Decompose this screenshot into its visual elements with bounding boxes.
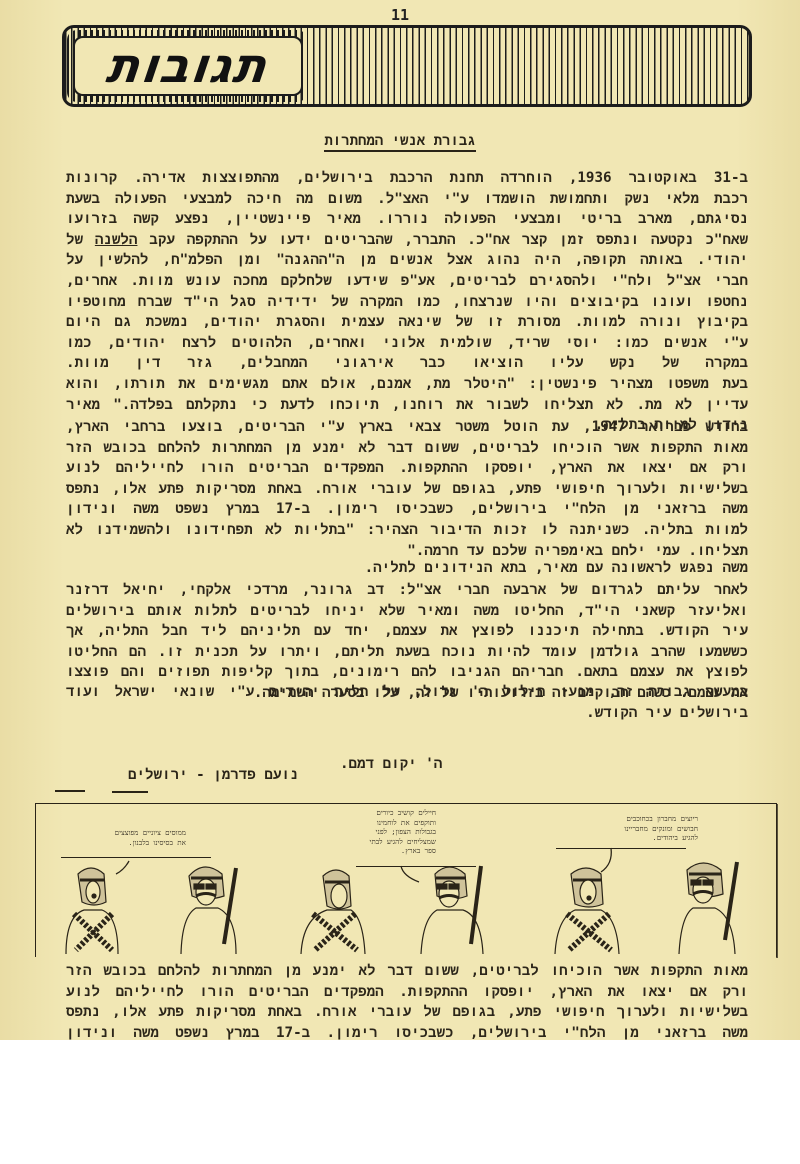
text-line: בחודש פברואר 1947, עת הוטל משטר צבאי באר… — [66, 417, 748, 438]
cartoon-figures-icon — [531, 804, 778, 958]
signature: נועם פדרמן - ירושלים — [128, 767, 298, 784]
text-line: לפוצץ את עצמם בתאם. חבריהם הגניבו להם רי… — [66, 662, 748, 683]
text-line: בשלישיות ולערוך חיפושי פתע, בגופם של עוב… — [66, 1002, 748, 1023]
text-line: במקרה של נקש עליו הוציאו כבר אירגוני המח… — [66, 353, 748, 374]
text-line: ורק אם יצאו את הארץ, יופסקו ההתקפות. המפ… — [66, 458, 748, 479]
article-title: גבורת אנשי המחתרות — [0, 133, 800, 150]
text-line: ואליעזר קשאני הי"ד, החליטו משה ומאיר שלא… — [66, 601, 748, 622]
scanned-page: 11 תגובות גבורת אנשי המחתרות ב-31 באוקטו… — [0, 0, 800, 1040]
blank-area — [0, 1040, 800, 1164]
cartoon-panel-2: חיילים קושיב כיוריםותוקפים את לוחמינובגב… — [291, 804, 531, 958]
banner-title-box: תגובות — [73, 36, 303, 96]
paragraph-3: משה נפגש לראשונה עם מאיר, בתא הנידונים ל… — [66, 558, 748, 579]
cartoon-panel-3: ריוצים מחברון בכחוכביםחבושים ומונקים מחב… — [531, 804, 778, 958]
text-line: רכבת מלאי נשק ותחמושת הושמדו ע"י האצ"ל. … — [66, 189, 748, 210]
text-line: נחטפו ועונו בקיבוצים והיו שנרצחו, כמו המ… — [66, 292, 748, 313]
closing-line: ה' יקום דמם. — [340, 756, 442, 773]
signature-dash — [112, 791, 148, 793]
underlined-word: הלשנה — [95, 232, 138, 248]
text-line: חברי אצ"ל ולח"י ולהסגירם לבריטים, אע"פ ש… — [66, 271, 748, 292]
section-title: תגובות — [103, 38, 272, 94]
cartoon-figures-icon — [291, 804, 531, 958]
text-line: משה ברזאני מן הלח"י בירושלים, כשבכיסו רי… — [66, 1023, 748, 1040]
text-line: במעשה גבורה זה, מנעו חילול ה' גדול, של ת… — [66, 682, 748, 703]
article-title-text: גבורת אנשי המחתרות — [324, 133, 475, 152]
text-line: ורק אם יצאו את הארץ, יופסקו ההתקפות. המפ… — [66, 982, 748, 1003]
text-line: בירושלים עיר הקודש. — [66, 703, 748, 724]
text-line: ע"י אנשים כמו: יוסי שריד, שולמית אלוני ו… — [66, 333, 748, 354]
page-number: 11 — [0, 6, 800, 24]
text-line: מאות התקפות אשר הוכיחו לבריטים, ששום דבר… — [66, 438, 748, 459]
cartoon-strip: ממוסים ציוניים מפוצציםאת בסיסינו בלבנון. — [35, 803, 777, 957]
cartoon-figures-icon — [36, 804, 291, 958]
text-line: כששמעו שהרב גולדמן עומד להיות נוכח בשעת … — [66, 642, 748, 663]
text-line: יהודי. באותה תקופה, היה נהוג אצל אנשים מ… — [66, 250, 748, 271]
paragraph-2: בחודש פברואר 1947, עת הוטל משטר צבאי באר… — [66, 417, 748, 561]
text-line: עיר הקודש. בתחילה תיכננו לפוצץ את עצמם, … — [66, 621, 748, 642]
text-line: משה נפגש לראשונה עם מאיר, בתא הנידונים ל… — [66, 558, 748, 579]
text-line: למוות בתליה. כשניתנה לו זכות הדיבור הצהי… — [66, 520, 748, 541]
text-line: עדיין לא מת. לא תצליחו לשבור את רוחנו, ת… — [66, 395, 748, 416]
text-line: מאות התקפות אשר הוכיחו לבריטים, ששום דבר… — [66, 961, 748, 982]
paragraph-1: ב-31 באוקטובר 1936, הוחרדה תחנת הרכבת בי… — [66, 168, 748, 436]
signature-dash — [55, 790, 85, 792]
repeated-text-fragment: מאות התקפות אשר הוכיחו לבריטים, ששום דבר… — [66, 961, 748, 1040]
text-line: נסיגתם, מארב בריטי ומבצעי הפעולה נוררו. … — [66, 209, 748, 230]
text-line: לאחר עליתם לגרדום של ארבעה חברי אצ"ל: דב… — [66, 580, 748, 601]
section-banner: תגובות — [62, 25, 752, 107]
text-line: שאח"כ נקטעה ונתפס זמן קצר אח"כ. התברר, ש… — [66, 230, 748, 251]
text-line: בעת משפטו מצהיר פינשטין: "היטלר מת, אמנם… — [66, 374, 748, 395]
text-line: ב-31 באוקטובר 1936, הוחרדה תחנת הרכבת בי… — [66, 168, 748, 189]
paragraph-5: במעשה גבורה זה, מנעו חילול ה' גדול, של ת… — [66, 682, 748, 723]
text-line: משה ברזאני מן הלח"י בירושלים, כשבכיסו רי… — [66, 499, 748, 520]
text-line: בקיבוץ ונורה למוות. מסורת זו של שינאה עצ… — [66, 312, 748, 333]
text-line: בשלישיות ולערוך חיפושי פתע, בגופם של עוב… — [66, 479, 748, 500]
cartoon-panel-1: ממוסים ציוניים מפוצציםאת בסיסינו בלבנון. — [36, 804, 291, 958]
